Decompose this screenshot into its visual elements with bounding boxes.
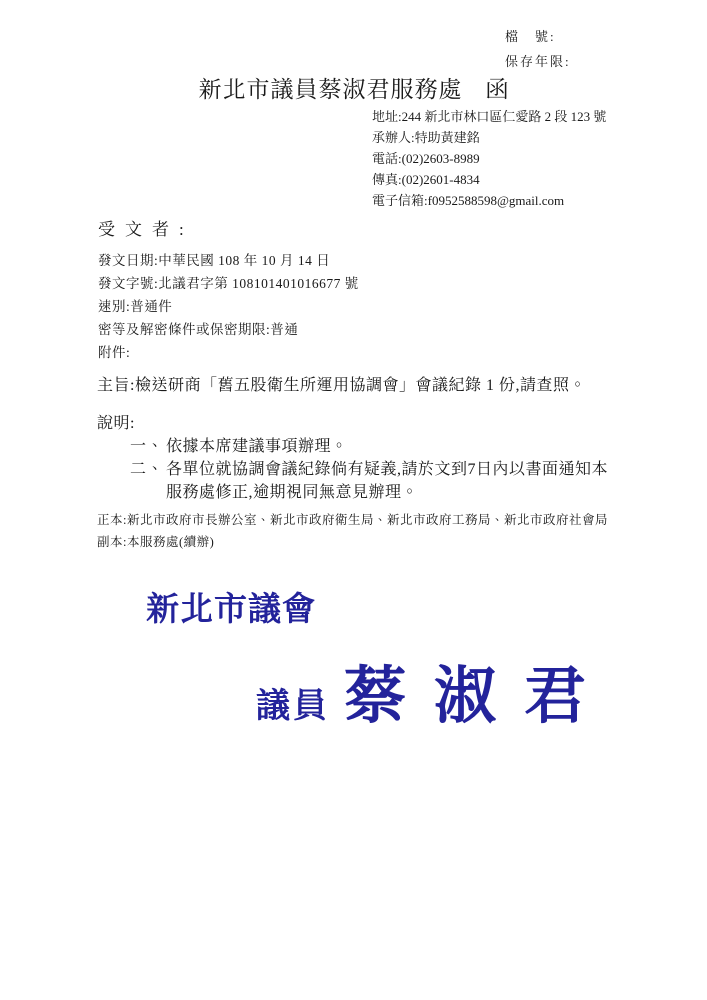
recipient-label: 受文者:	[98, 215, 359, 240]
item-text: 依據本席建議事項辦理。	[166, 435, 614, 458]
security-class-line: 密等及解密條件或保密期限:普通	[98, 318, 359, 341]
distribution-block: 正本:新北市政府市長辦公室、新北市政府衛生局、新北市政府工務局、新北市政府社會局…	[97, 509, 608, 553]
issue-date-line: 發文日期:中華民國 108 年 10 月 14 日	[98, 249, 359, 272]
cc-copy-line: 副本:本服務處(續辦)	[97, 531, 608, 553]
letterhead: 新北市議員蔡淑君服務處函	[0, 71, 707, 104]
email-line: 電子信箱:f0952588598@gmail.com	[372, 190, 606, 211]
explanation-item: 一、 依據本席建議事項辦理。	[130, 435, 614, 458]
item-number: 一、	[130, 435, 166, 458]
council-name-stamp: 新北市議會	[146, 583, 614, 630]
attachment-line: 附件:	[98, 341, 359, 364]
archive-labels: 檔 號: 保存年限:	[505, 24, 571, 74]
councilor-signature-row: 議員 蔡淑君	[256, 646, 614, 735]
file-number-label: 檔 號:	[505, 24, 571, 49]
councilor-title: 議員	[256, 678, 330, 727]
issuing-office-title: 新北市議員蔡淑君服務處	[199, 77, 463, 102]
official-letter-document: 檔 號: 保存年限: 新北市議員蔡淑君服務處函 地址:244 新北市林口區仁愛路…	[0, 0, 707, 1000]
explanation-item: 二、 各單位就協調會議紀錄倘有疑義,請於文到7日內以書面通知本服務處修正,逾期視…	[130, 458, 614, 504]
speed-class-line: 速別:普通件	[98, 295, 359, 318]
signature-stamp: 新北市議會 議員 蔡淑君	[146, 583, 614, 735]
item-number: 二、	[130, 458, 166, 504]
fax-line: 傳真:(02)2601-4834	[372, 169, 606, 190]
contact-block: 地址:244 新北市林口區仁愛路 2 段 123 號 承辦人:特助黃建銘 電話:…	[372, 106, 606, 211]
contact-person-line: 承辦人:特助黃建銘	[372, 127, 606, 148]
explanation-label: 說明:	[97, 412, 614, 435]
subject-line: 主旨:檢送研商「舊五股衛生所運用協調會」會議紀錄 1 份,請查照。	[97, 374, 657, 397]
document-type: 函	[486, 77, 509, 102]
original-copy-line: 正本:新北市政府市長辦公室、新北市政府衛生局、新北市政府工務局、新北市政府社會局	[97, 509, 608, 531]
councilor-name: 蔡淑君	[344, 646, 614, 735]
item-text: 各單位就協調會議紀錄倘有疑義,請於文到7日內以書面通知本服務處修正,逾期視同無意…	[166, 458, 614, 504]
address-line: 地址:244 新北市林口區仁愛路 2 段 123 號	[372, 106, 606, 127]
explanation-section: 說明: 一、 依據本席建議事項辦理。 二、 各單位就協調會議紀錄倘有疑義,請於文…	[97, 412, 614, 504]
document-number-line: 發文字號:北議君字第 108101401016677 號	[98, 272, 359, 295]
document-meta-block: 受文者: 發文日期:中華民國 108 年 10 月 14 日 發文字號:北議君字…	[98, 215, 359, 364]
phone-line: 電話:(02)2603-8989	[372, 148, 606, 169]
